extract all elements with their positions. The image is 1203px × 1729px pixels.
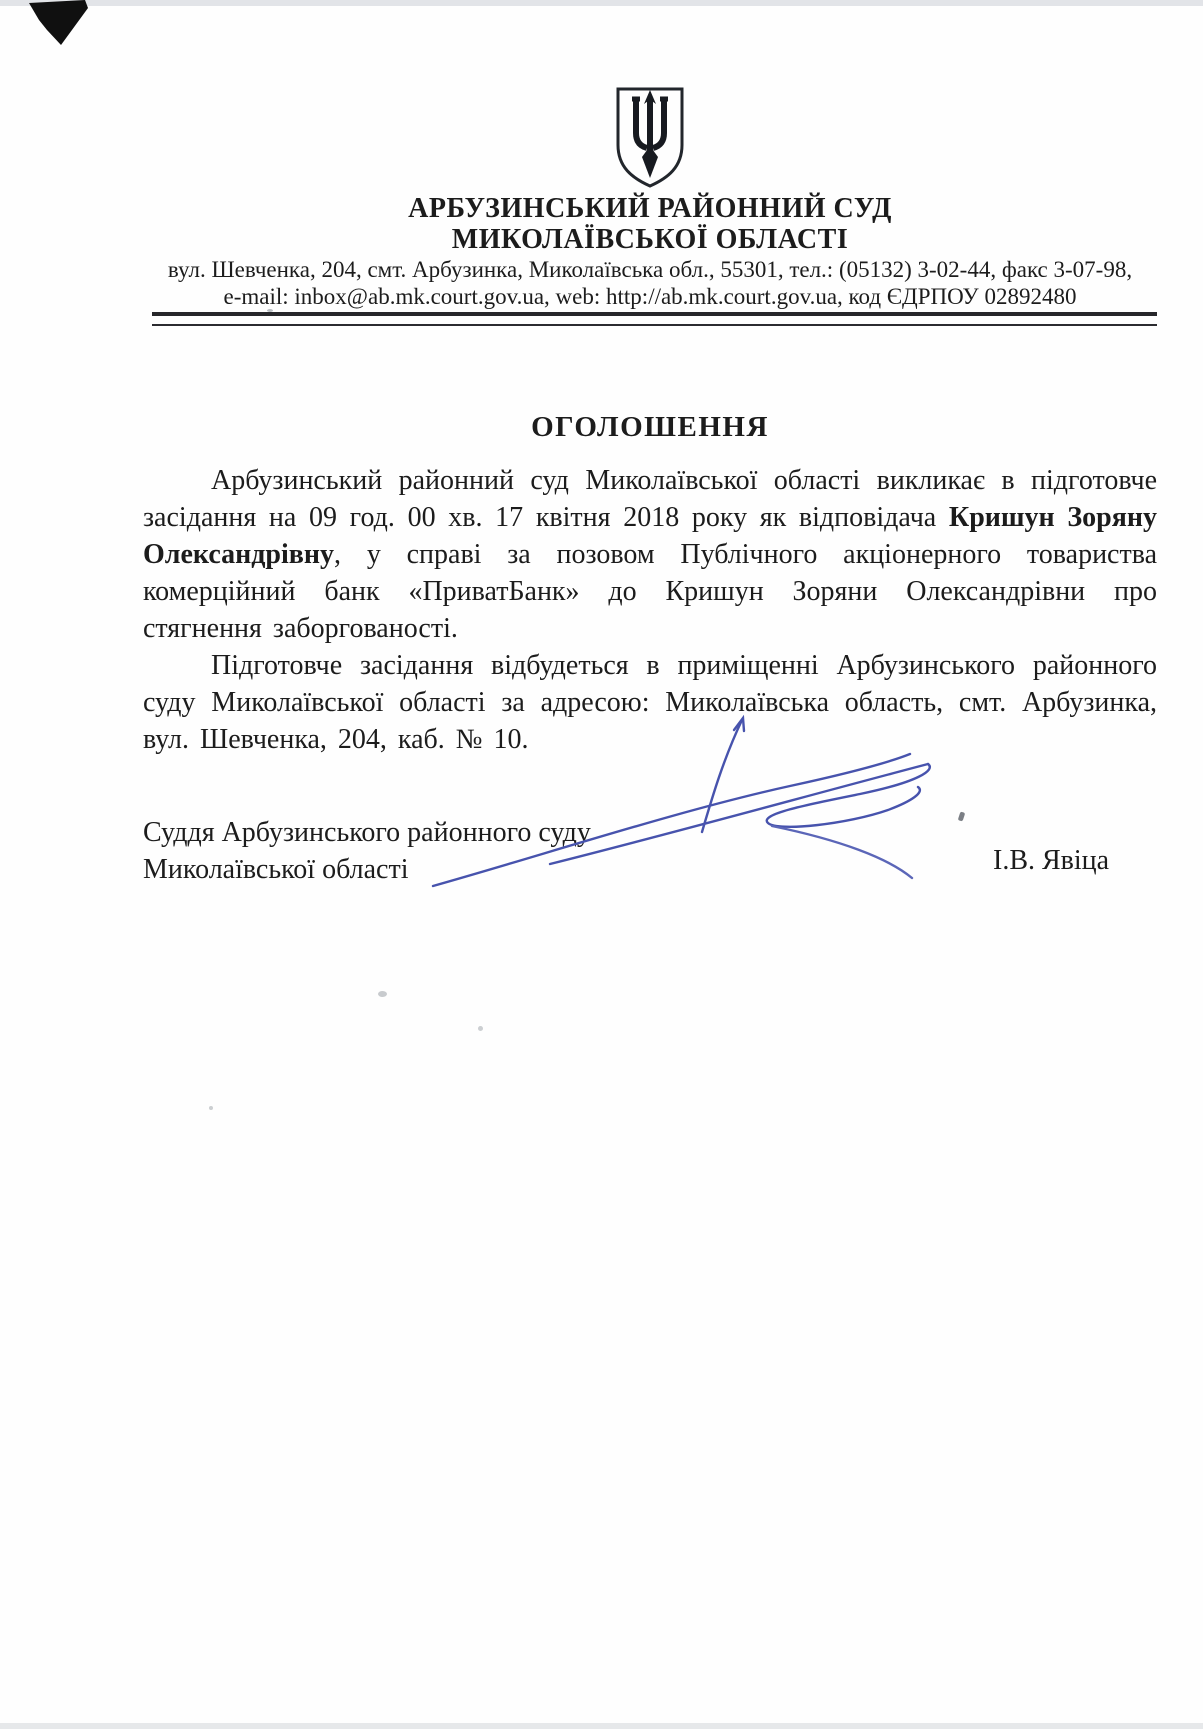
handwritten-signature <box>420 698 940 898</box>
scan-speckle <box>958 811 966 821</box>
scan-speckle <box>378 991 387 997</box>
scan-artifact-mark <box>27 0 91 47</box>
ukraine-coat-of-arms-icon <box>614 85 686 191</box>
scan-edge-shadow-bottom <box>0 1723 1203 1729</box>
court-address-line: вул. Шевченка, 204, смт. Арбузинка, Мико… <box>143 257 1157 283</box>
scan-edge-shadow-top <box>0 0 1203 6</box>
scanned-court-announcement-page: АРБУЗИНСЬКИЙ РАЙОННИЙ СУД МИКОЛАЇВСЬКОЇ … <box>0 0 1203 1729</box>
scan-speckle <box>209 1106 213 1110</box>
paragraph-summons: Арбузинський районний суд Миколаївської … <box>143 462 1157 647</box>
header-divider-rule <box>152 312 1157 326</box>
court-contact-line: e-mail: inbox@ab.mk.court.gov.ua, web: h… <box>143 284 1157 310</box>
judge-name: І.В. Явіца <box>993 845 1109 877</box>
document-title: ОГОЛОШЕННЯ <box>143 411 1157 444</box>
scan-speckle <box>478 1026 483 1031</box>
judge-role-line2: Миколаївської області <box>143 851 408 888</box>
scan-speckle <box>267 309 273 312</box>
court-name-line1: АРБУЗИНСЬКИЙ РАЙОННИЙ СУД <box>143 193 1157 224</box>
court-name-line2: МИКОЛАЇВСЬКОЇ ОБЛАСТІ <box>143 224 1157 255</box>
